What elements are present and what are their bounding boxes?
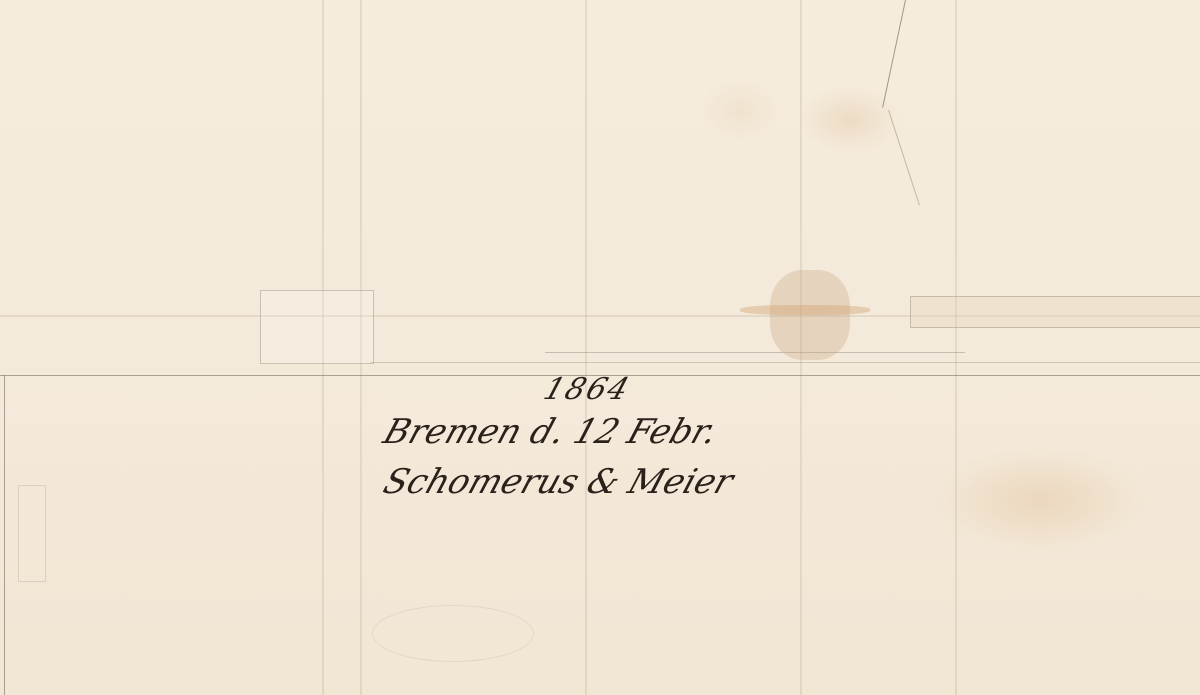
glue-stain	[740, 305, 870, 315]
tape-patch	[260, 290, 374, 364]
paper-crease	[882, 0, 906, 108]
fold-line-vertical	[585, 0, 587, 695]
flap-edge	[370, 362, 1200, 363]
oval-postmark-ghost	[372, 605, 534, 662]
fold-line-vertical	[955, 0, 957, 695]
flap-edge	[545, 352, 965, 353]
glue-stain	[770, 270, 850, 360]
tape-patch	[910, 296, 1200, 328]
sheet-left-edge	[4, 375, 5, 695]
docket-handwriting: 1864 Bremen d. 12 Febr. Schomerus & Meie…	[385, 372, 805, 507]
letter-sheet: 1864 Bremen d. 12 Febr. Schomerus & Meie…	[0, 0, 1200, 695]
faint-stamp-mark	[18, 485, 46, 582]
docket-place-date: Bremen d. 12 Febr.	[377, 407, 813, 457]
paper-crease	[888, 110, 920, 205]
docket-sender: Schomerus & Meier	[377, 457, 813, 507]
docket-year: 1864	[539, 372, 810, 407]
